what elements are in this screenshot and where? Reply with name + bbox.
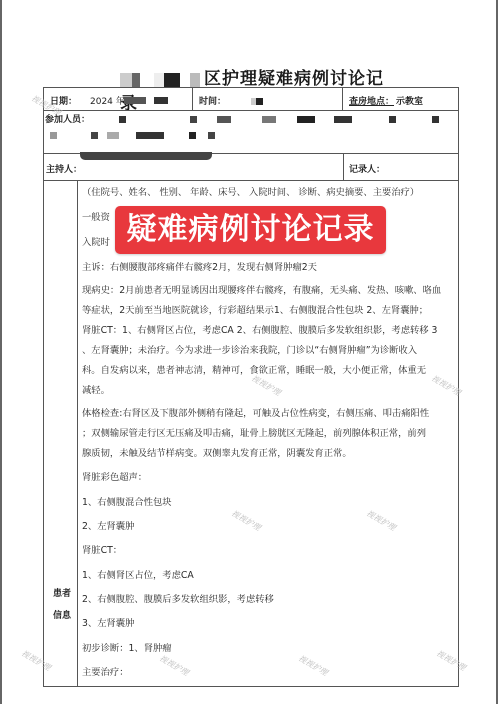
redacted-date: [154, 97, 168, 104]
body-line: 肾脏CT：1、右侧肾区占位，考虑CA 2、右侧腹腔、腹膜后多发软组织影，考虑转移…: [82, 325, 437, 336]
redacted-participant: [107, 132, 119, 139]
redacted-participant: [389, 116, 396, 123]
redacted-participant: [262, 116, 276, 123]
body-line: 体格检查:右肾区及下腹部外侧稍有隆起，可触及占位性病变，右侧压痛、叩击痛阳性: [82, 408, 429, 419]
redacted-participant: [297, 116, 315, 123]
body-line: 现病史：2月前患者无明显诱因出现腰疼伴右髋疼，有腹痛，无头痛、发热、咳嗽、咯血: [82, 285, 441, 296]
body-line: 入院时: [82, 237, 110, 248]
redacted-participant: [189, 132, 196, 139]
body-line: 减轻。: [82, 385, 110, 396]
body-line: 等症状，2天前至当地医院就诊，行彩超结果示1、右侧腹混合性包块 2、左肾囊肿；: [82, 305, 428, 316]
date-value: 2024 年: [90, 94, 125, 107]
date-cell: 日期： 2024 年: [43, 87, 193, 111]
body-line: 3、左肾囊肿: [82, 618, 134, 629]
redacted-participant: [91, 132, 98, 139]
redacted-participant: [119, 116, 126, 123]
host-label: 主持人：: [46, 162, 82, 175]
redacted-participant: [432, 116, 439, 123]
body-line: 主诉：右侧腰腹部疼痛伴右髋疼2月，发现右侧肾肿瘤2天: [82, 262, 317, 273]
redacted-hospital-name: [120, 73, 200, 87]
body-line: 2、右侧腹腔、腹膜后多发软组织影，考虑转移: [82, 594, 274, 605]
location-cell: 查房地点： 示教室: [342, 87, 459, 111]
redacted-time: [256, 98, 263, 105]
body-line: （住院号、姓名、 性别、 年龄、床号、 入院时间、 诊断、病史摘要、主要治疗）: [82, 187, 419, 198]
recorder-cell: 记录人：: [343, 153, 459, 181]
body-line: 腺质韧，未触及结节样病变。双侧睾丸发育正常，阴囊发育正常。: [82, 448, 352, 459]
overlay-banner: 疑难病例讨论记录: [115, 206, 386, 254]
redacted-participant: [334, 116, 352, 123]
location-label: 查房地点：: [349, 94, 394, 107]
body-line: 肾脏CT：: [82, 545, 122, 556]
participants-cell: 参加人员：: [43, 110, 459, 154]
body-line: 1、右侧肾区占位，考虑CA: [82, 570, 194, 581]
body-line: 、左肾囊肿；未治疗。今为求进一步诊治来我院，门诊以“右侧肾肿瘤”为诊断收入: [82, 345, 417, 356]
body-line: 1、右侧腹混合性包块: [82, 497, 172, 508]
location-value: 示教室: [396, 94, 423, 107]
body-line: ；双侧输尿管走行区无压痛及叩击痛，耻骨上膀胱区无隆起，前列腺体积正常，前列: [82, 428, 426, 439]
body-line: 主要治疗：: [82, 667, 129, 678]
redacted-participant: [208, 132, 215, 139]
body-line: 初步诊断：1、肾肿瘤: [82, 643, 172, 654]
side-label-line1: 患者: [50, 583, 74, 605]
body-line: 2、左肾囊肿: [82, 521, 134, 532]
redacted-participant: [50, 132, 57, 139]
time-cell: 时间：: [192, 87, 343, 111]
redacted-participant: [217, 116, 231, 123]
redacted-date: [124, 97, 146, 104]
recorder-label: 记录人：: [349, 162, 385, 175]
side-label-line2: 信息: [50, 605, 74, 627]
host-cell: 主持人：: [43, 153, 344, 181]
body-line: 一般资: [82, 212, 110, 223]
body-line: 肾脏彩色超声：: [82, 472, 147, 483]
time-label: 时间：: [199, 94, 226, 107]
redacted-participant: [136, 132, 164, 139]
redacted-participant: [190, 116, 197, 123]
